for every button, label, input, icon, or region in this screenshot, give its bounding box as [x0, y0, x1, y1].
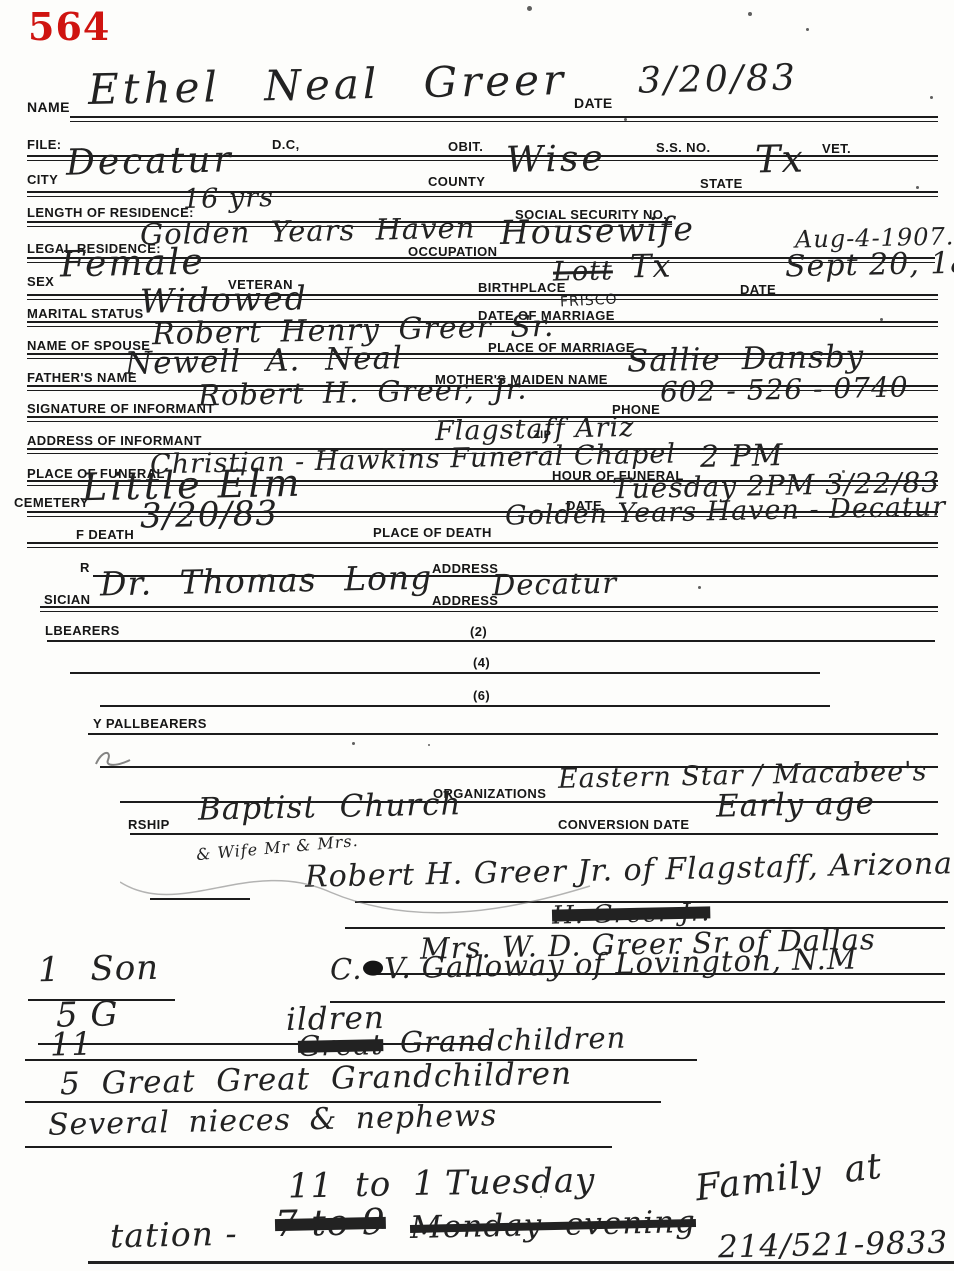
minister-address-label: ADDRESS — [432, 561, 498, 576]
file-label: FILE: — [27, 137, 62, 152]
pallbearer-slot-6: (6) — [473, 688, 490, 703]
scan-speck — [916, 186, 919, 189]
form-rule — [70, 672, 820, 674]
length-of-residence-value: 16 yrs — [183, 184, 275, 213]
sex-value: Female — [60, 244, 205, 283]
cemetery-label: CEMETERY — [14, 495, 89, 510]
zip-label: ZIP — [533, 429, 551, 441]
membership-value: Baptist Church — [198, 789, 462, 826]
physician-address-value: Decatur — [492, 569, 618, 601]
form-rule — [130, 833, 938, 835]
pallbearer-slot-4: (4) — [473, 655, 490, 670]
scan-speck — [880, 318, 883, 321]
occupation-value: Housewife — [500, 212, 696, 249]
form-rule — [70, 116, 938, 122]
name-label: NAME — [27, 99, 70, 115]
scan-speck — [748, 12, 752, 16]
survivor-line-3: C.V. Galloway of Lovington, N.M — [330, 944, 858, 984]
family-phone: 214/521-9833 — [718, 1228, 949, 1264]
form-rule — [47, 640, 935, 642]
date-label: DATE — [574, 95, 613, 111]
ssno-label: S.S. NO. — [656, 140, 711, 155]
form-rule — [330, 1001, 945, 1003]
birth-date-value: Sept 20, 1888 — [785, 248, 954, 283]
survivor-line-3-prefix: C. — [330, 952, 363, 987]
honorary-pallbearers-label-fragment: Y PALLBEARERS — [93, 716, 207, 731]
father-name-label: FATHER'S NAME — [27, 370, 137, 385]
scan-speck — [806, 28, 809, 31]
state-label: STATE — [700, 176, 743, 191]
informant-signature-value: Robert H. Greer, Jr. — [198, 375, 528, 411]
date-of-death-label-fragment: F DEATH — [76, 527, 134, 542]
birthplace-struck-value: Lott — [553, 257, 613, 285]
form-rule — [100, 705, 830, 707]
name-value: Ethel Neal Greer — [88, 59, 568, 111]
scan-speck — [842, 470, 845, 473]
informant-address-label: ADDRESS OF INFORMANT — [27, 433, 202, 448]
membership-label-fragment: RSHIP — [128, 817, 170, 832]
form-rule — [27, 191, 938, 197]
tear-line — [120, 848, 600, 918]
city-value: Decatur — [66, 142, 234, 182]
physician-value: Dr. Thomas Long — [100, 561, 433, 601]
great-grandchildren-count: 11 — [50, 1028, 93, 1061]
scribbled-letter — [363, 960, 383, 975]
family-note: Family at — [694, 1149, 885, 1208]
survivor-son-count: 1 Son — [38, 951, 160, 988]
scan-speck — [930, 96, 933, 99]
place-of-death-value: Golden Years Haven - Decatur — [505, 493, 947, 529]
nieces-nephews-line: Several nieces & nephews — [48, 1101, 498, 1140]
city-label: CITY — [27, 172, 58, 187]
scan-speck — [527, 6, 532, 11]
informant-signature-label: SIGNATURE OF INFORMANT — [27, 401, 215, 416]
obit-label: OBIT. — [448, 139, 483, 154]
scan-speck — [540, 1196, 542, 1198]
scan-speck — [428, 744, 430, 746]
pallbearer-slot-2: (2) — [470, 624, 487, 639]
dc-label: D.C, — [272, 137, 300, 152]
birthplace-value: Tx — [630, 250, 672, 283]
vet-label: VET. — [822, 141, 851, 156]
scan-speck — [352, 742, 355, 745]
struck-visitation-time: 7 to 9 — [275, 1205, 387, 1243]
great-grandchildren-text: Grandchildren — [400, 1024, 627, 1058]
marital-status-value: Widowed — [140, 281, 308, 318]
scan-speck — [698, 586, 701, 589]
great-grandchildren-struck-word: Great — [298, 1031, 384, 1061]
struck-visitation-day: Monday evening — [410, 1207, 697, 1244]
page-number: 564 — [28, 4, 110, 49]
visitation-time: 11 to 1 — [288, 1166, 436, 1203]
visitation-day: Tuesday — [445, 1163, 596, 1200]
form-rule — [25, 1146, 612, 1148]
form-rule — [27, 542, 938, 548]
phone-value: 602 - 526 - 0740 — [660, 373, 909, 406]
form-rule — [40, 606, 938, 612]
conversion-date-value: Early age — [716, 788, 876, 822]
date-of-death-value: 3/20/83 — [140, 497, 279, 534]
marital-status-label: MARITAL STATUS — [27, 306, 144, 321]
survivor-struck-name: H. Greer Jr. — [552, 899, 711, 927]
physician-label-fragment: SICIAN — [44, 592, 90, 607]
pen-squiggle — [94, 746, 134, 772]
pallbearers-label-fragment: LBEARERS — [45, 623, 120, 638]
minister-label-fragment: R — [80, 560, 90, 575]
state-value: Tx — [755, 139, 805, 178]
county-value: Wise — [506, 141, 606, 179]
great-great-grandchildren-line: 5 Great Great Grandchildren — [60, 1059, 573, 1101]
scan-speck — [624, 118, 627, 121]
date-value: 3/20/83 — [638, 60, 799, 99]
visitation-prefix: tation - — [110, 1217, 238, 1253]
sex-label: SEX — [27, 274, 54, 289]
form-rule — [88, 733, 938, 735]
county-label: COUNTY — [428, 174, 485, 189]
place-of-death-label: PLACE OF DEATH — [373, 525, 492, 540]
scanned-death-record: 564 NAME Ethel Neal Greer DATE 3/20/83 F… — [0, 0, 954, 1271]
scan-bottom-edge — [88, 1261, 954, 1264]
conversion-date-label: CONVERSION DATE — [558, 817, 689, 832]
